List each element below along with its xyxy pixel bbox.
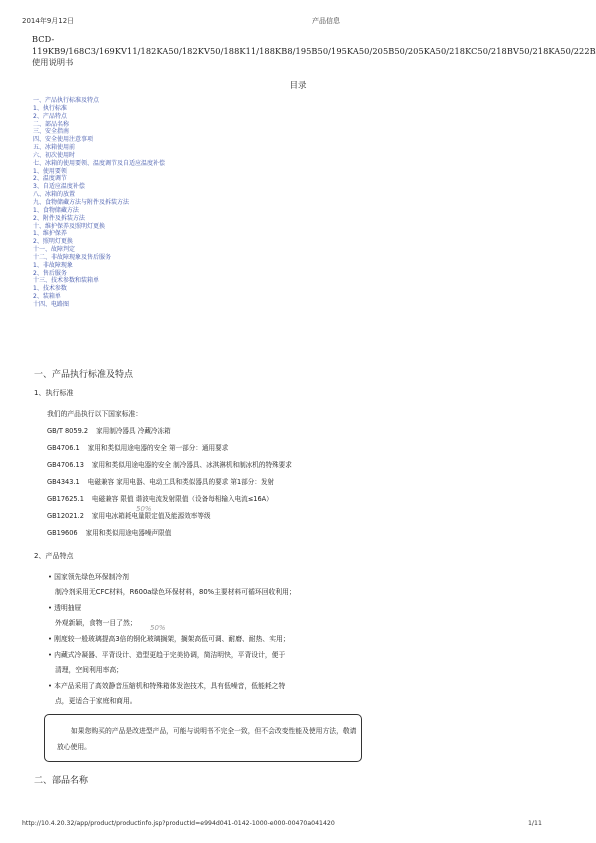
- page-header-date: 2014年9月12日: [22, 16, 74, 26]
- feature-bullet: • 本产品采用了高效静音压缩机和特殊箱体发泡技术，具有低噪音，低能耗之特: [48, 680, 285, 690]
- standard-desc: 家用制冷器具 冷藏冷冻箱: [96, 427, 171, 435]
- section-heading-standards: 一、产品执行标准及特点: [34, 367, 133, 380]
- subsection-heading-standards: 1、执行标准: [34, 388, 73, 398]
- toc-link[interactable]: 2、照明灯更换: [33, 238, 165, 246]
- standard-code: GB4706.1: [47, 444, 80, 452]
- standard-desc: 家用和类似用途电器的安全 制冷器具、冰淇淋机和制冰机的特殊要求: [92, 461, 292, 469]
- toc-link[interactable]: 七、冰箱的使用要领、温度调节及自适应温度补偿: [33, 160, 165, 168]
- standard-item: GB12021.2家用电冰箱耗电量限定值及能源效率等级: [47, 510, 211, 520]
- toc-link[interactable]: 1、食物储藏方法: [33, 207, 165, 215]
- page-footer-url: http://10.4.20.32/app/product/productinf…: [22, 820, 335, 827]
- feature-body: 清理，空间利用率高；: [55, 664, 123, 674]
- standard-item: GB17625.1电磁兼容 限值 谐波电流发射限值（设备每相输入电流≤16A）: [47, 493, 273, 503]
- toc-link[interactable]: 3、自适应温度补偿: [33, 183, 165, 191]
- feature-title: 本产品采用了高效静音压缩机和特殊箱体发泡技术，具有低噪音，低能耗之特: [54, 682, 285, 690]
- feature-title: 透明抽屉: [54, 604, 81, 612]
- page-number: 1/11: [528, 820, 542, 827]
- toc-link[interactable]: 1、非故障现象: [33, 262, 165, 270]
- toc-link[interactable]: 九、食物储藏方法与附件及拆装方法: [33, 199, 165, 207]
- toc-link[interactable]: 八、冰箱的放置: [33, 191, 165, 199]
- standard-item: GB4706.13家用和类似用途电器的安全 制冷器具、冰淇淋机和制冰机的特殊要求: [47, 459, 292, 469]
- toc-link[interactable]: 十一、故障判定: [33, 246, 165, 254]
- feature-body: 制冷剂采用无CFC材料，R600a绿色环保材料，80%主要材料可循环回收利用；: [55, 586, 296, 596]
- section-heading-parts: 二、部品名称: [34, 773, 88, 786]
- document-title: BCD- 119KB9/168C3/169KV11/182KA50/182KV5…: [32, 34, 592, 69]
- document-title-models: 119KB9/168C3/169KV11/182KA50/182KV50/188…: [32, 46, 592, 58]
- standard-item: GB4343.1电磁兼容 家用电器、电动工具和类似器具的要求 第1部分：发射: [47, 476, 274, 486]
- toc-heading: 目录: [0, 79, 596, 91]
- toc-link[interactable]: 2、产品特点: [33, 113, 165, 121]
- feature-body: 外观新颖，食物一目了然；: [55, 617, 137, 627]
- subsection-heading-features: 2、产品特点: [34, 551, 73, 561]
- toc-link[interactable]: 十二、非故障现象及售后服务: [33, 254, 165, 262]
- standards-intro: 我们的产品执行以下国家标准：: [47, 408, 142, 418]
- toc-link[interactable]: 2、附件及拆装方法: [33, 215, 165, 223]
- standard-code: GB4343.1: [47, 478, 80, 486]
- toc-link[interactable]: 1、技术参数: [33, 285, 165, 293]
- table-of-contents: 一、产品执行标准及特点 1、执行标准 2、产品特点 二、部品名称 三、安全指南 …: [33, 97, 165, 309]
- standard-item: GB19606家用和类似用途电器噪声限值: [47, 527, 171, 537]
- standard-code: GB4706.13: [47, 461, 84, 469]
- feature-title: 刚度较一般玻璃提高3倍的钢化玻璃搁架，搁架高低可调、耐磨、耐热、实用；: [54, 635, 289, 643]
- standard-item: GB4706.1家用和类似用途电器的安全 第一部分：通用要求: [47, 442, 228, 452]
- feature-bullet: • 国家领先绿色环保制冷剂: [48, 571, 129, 581]
- toc-link[interactable]: 十四、电路图: [33, 301, 165, 309]
- toc-link[interactable]: 1、维护保养: [33, 230, 165, 238]
- notice-text: 如果您购买的产品是改进型产品，可能与说明书不完全一致，但不会改变性能及使用方法，…: [57, 723, 357, 755]
- toc-link[interactable]: 六、初次使用时: [33, 152, 165, 160]
- watermark-text: 50%: [150, 624, 166, 632]
- toc-link[interactable]: 2、装箱单: [33, 293, 165, 301]
- standard-desc: 电磁兼容 家用电器、电动工具和类似器具的要求 第1部分：发射: [88, 478, 274, 486]
- standard-code: GB17625.1: [47, 495, 84, 503]
- toc-link[interactable]: 一、产品执行标准及特点: [33, 97, 165, 105]
- toc-link[interactable]: 五、冰箱使用前: [33, 144, 165, 152]
- feature-title: 国家领先绿色环保制冷剂: [54, 573, 129, 581]
- standard-code: GB/T 8059.2: [47, 427, 88, 435]
- standard-code: GB12021.2: [47, 512, 84, 520]
- standard-desc: 家用和类似用途电器噪声限值: [86, 529, 172, 537]
- toc-link[interactable]: 四、安全使用注意事项: [33, 136, 165, 144]
- feature-title: 内藏式冷凝器、平背设计、造型更趋于完美协调，简洁明快，平背设计，便于: [54, 651, 285, 659]
- standard-desc: 家用和类似用途电器的安全 第一部分：通用要求: [88, 444, 229, 452]
- feature-bullet: • 透明抽屉: [48, 602, 81, 612]
- standard-desc: 家用电冰箱耗电量限定值及能源效率等级: [92, 512, 211, 520]
- standard-item: GB/T 8059.2家用制冷器具 冷藏冷冻箱: [47, 425, 171, 435]
- notice-box: 如果您购买的产品是改进型产品，可能与说明书不完全一致，但不会改变性能及使用方法，…: [44, 714, 362, 762]
- document-title-prefix: BCD-: [32, 34, 592, 46]
- standard-code: GB19606: [47, 529, 78, 537]
- toc-link[interactable]: 1、执行标准: [33, 105, 165, 113]
- feature-bullet: • 刚度较一般玻璃提高3倍的钢化玻璃搁架，搁架高低可调、耐磨、耐热、实用；: [48, 633, 290, 643]
- feature-bullet: • 内藏式冷凝器、平背设计、造型更趋于完美协调，简洁明快，平背设计，便于: [48, 649, 285, 659]
- standard-desc: 电磁兼容 限值 谐波电流发射限值（设备每相输入电流≤16A）: [92, 495, 273, 503]
- feature-body: 点，更适合于家庭和商用。: [55, 695, 137, 705]
- watermark-text: 50%: [136, 505, 152, 513]
- page-header-title: 产品信息: [312, 16, 340, 26]
- document-title-suffix: 使用说明书: [32, 57, 592, 69]
